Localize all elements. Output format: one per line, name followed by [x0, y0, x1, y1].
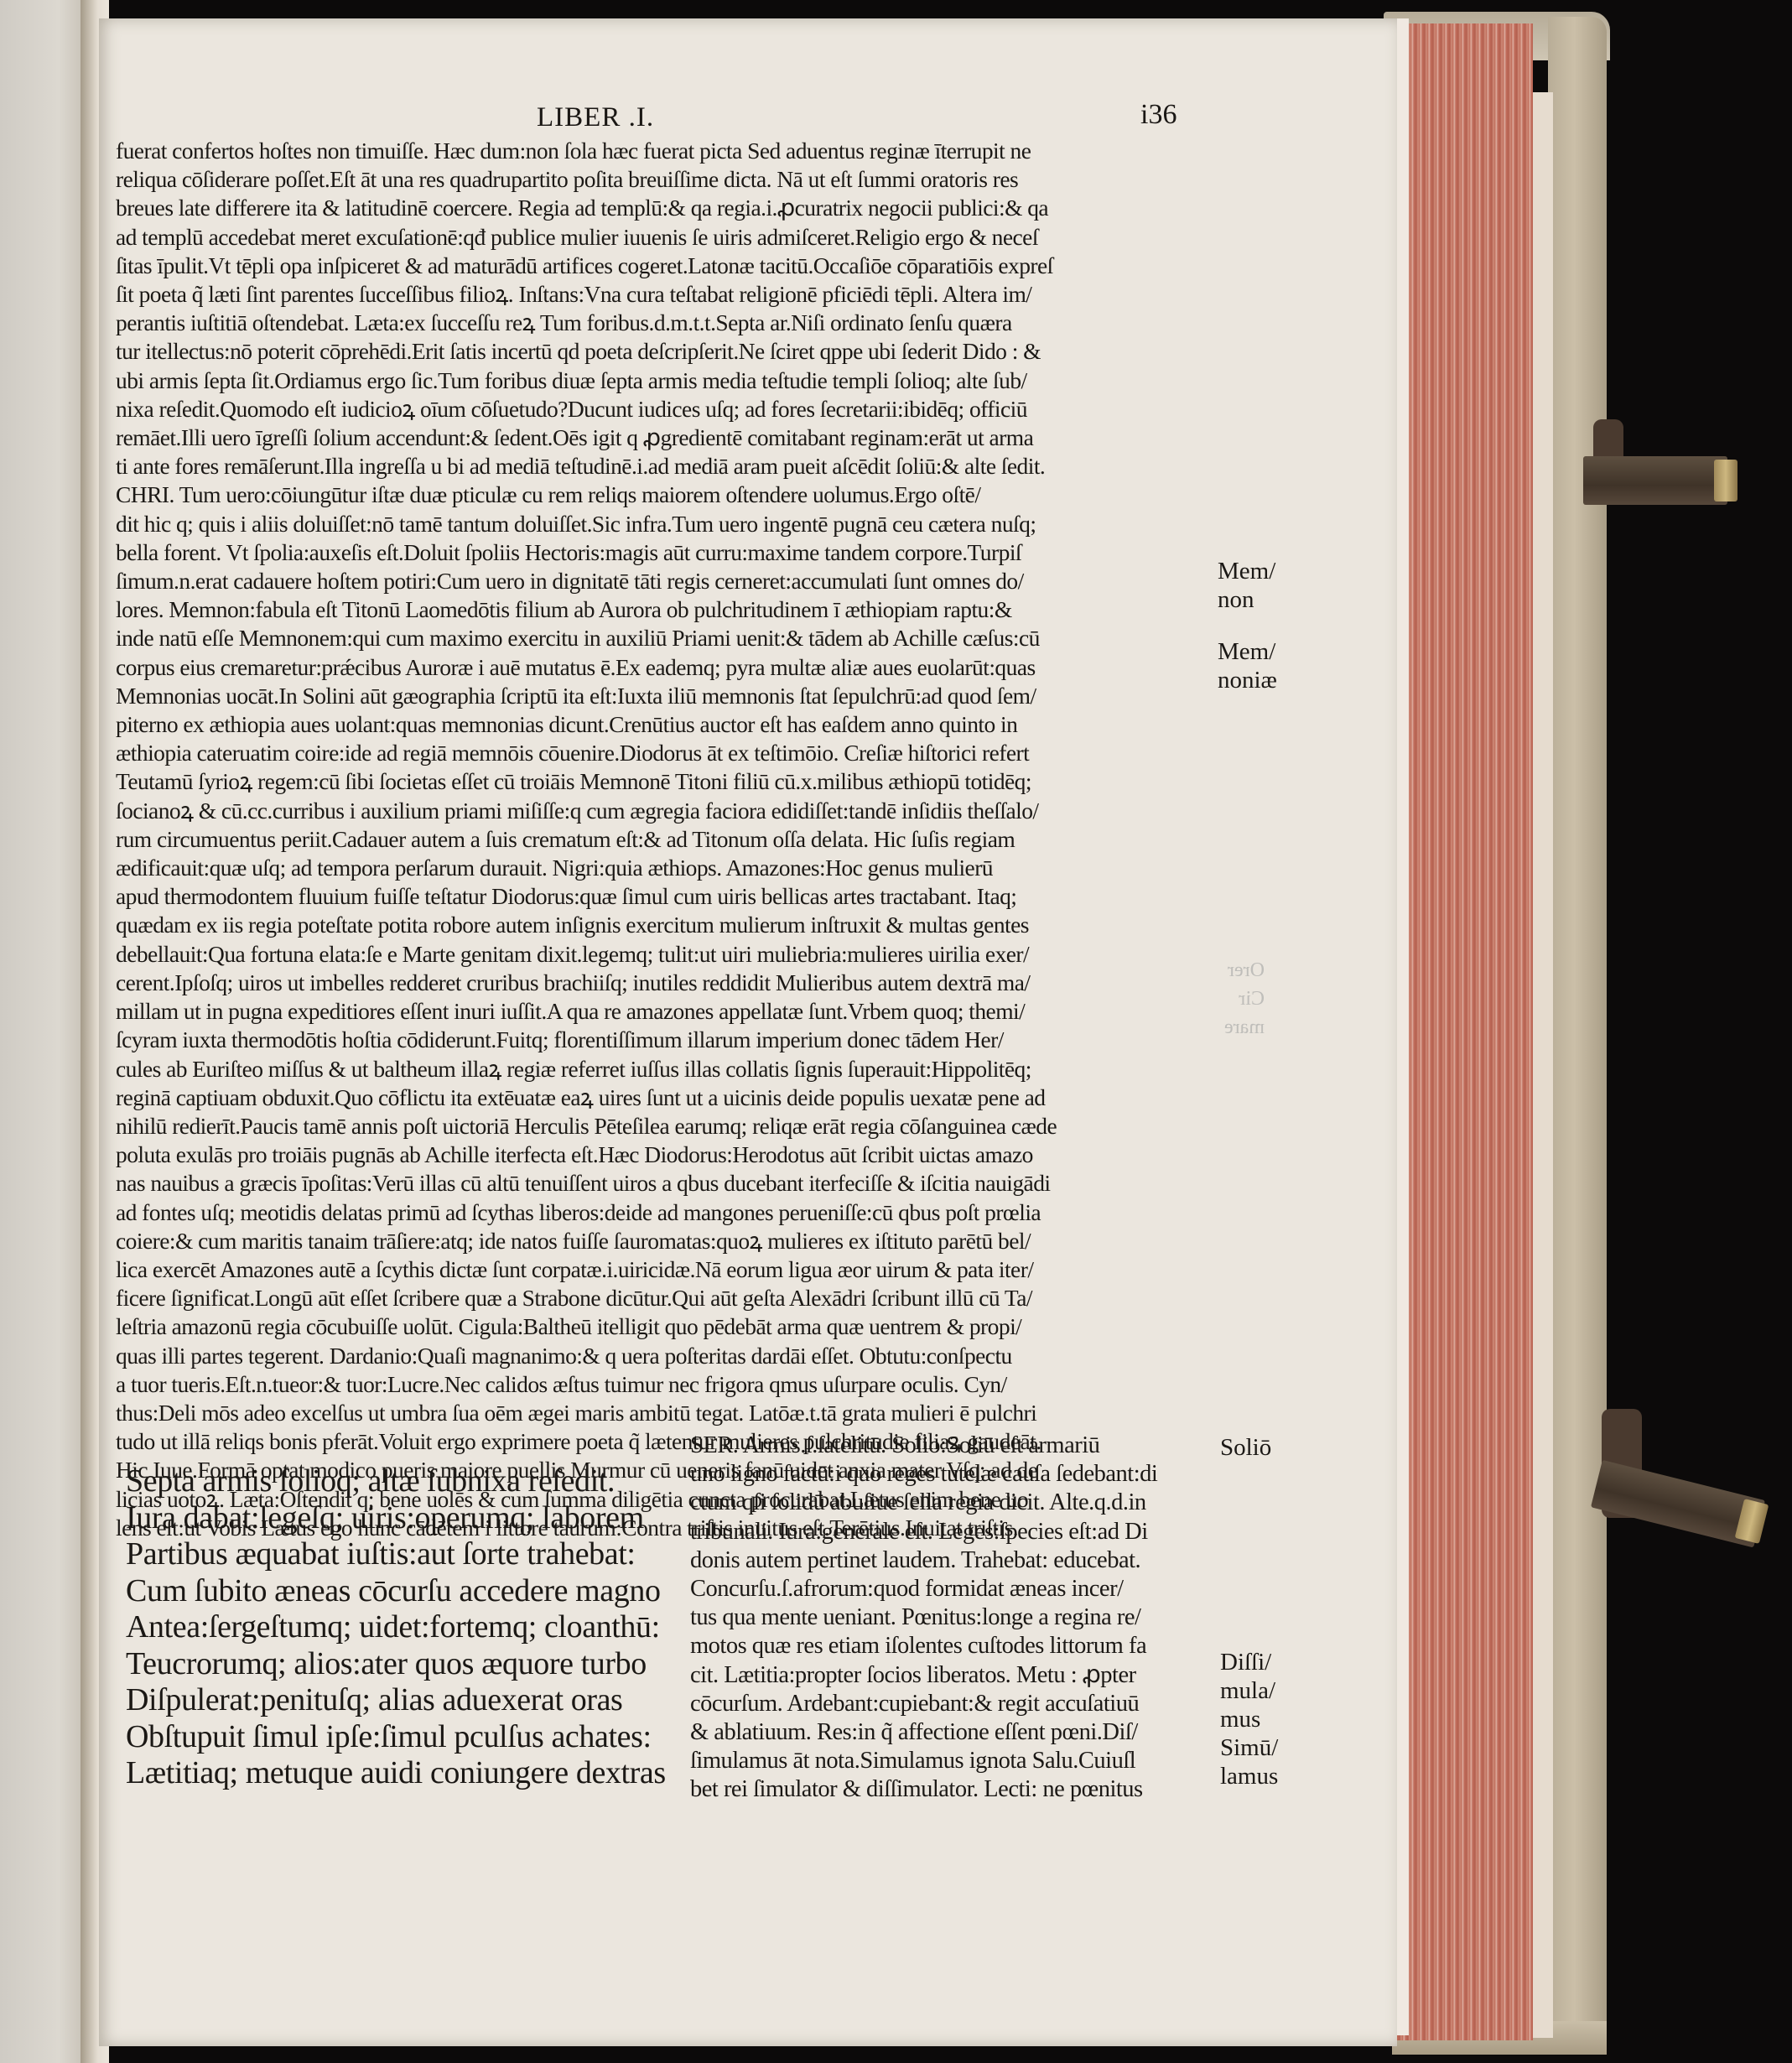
red-sprinkled-fore-edge	[1389, 23, 1533, 2040]
commentary-line: coiere:& cum maritis tanaim trāſiere:atq…	[116, 1227, 1214, 1255]
commentary-line: remāet.Illi uero īgreſſi ſolium accendun…	[116, 424, 1214, 452]
servius-line: & ablatiuum. Res:in q̃ affectione eſſent…	[690, 1718, 1218, 1747]
commentary-line: ſimum.n.erat cadauere hoſtem potiri:Cum …	[116, 567, 1214, 595]
servius-line: Concurſu.ſ.afrorum:quod formidat æneas i…	[690, 1575, 1218, 1603]
commentary-line: inde natū eſſe Memnonem:qui cum maximo e…	[116, 624, 1214, 652]
commentary-line: apud thermodontem fluuium fuiſſe teſtatu…	[116, 882, 1214, 911]
commentary-line: poluta exulās pro troiāis pugnās ab Achi…	[116, 1141, 1214, 1169]
upper-clasp-brass-tip	[1714, 460, 1737, 501]
virgil-verse-block: Septa armis ſolioq; altæ ſubnixa reſedit…	[126, 1463, 679, 1792]
facing-page-blurred-text	[0, 21, 84, 428]
commentary-line: ubi armis ſepta ſit.Ordiamus ergo ſic.Tu…	[116, 366, 1214, 395]
commentary-line: corpus eius cremaretur:prǽcibus Auroræ i…	[116, 653, 1214, 682]
commentary-line: ſcyram iuxta thermodōtis hoſtia cōdideru…	[116, 1026, 1214, 1054]
servius-line: SER. Armis.ſ.ſatelitū. Solio:Soliū eſt a…	[690, 1432, 1218, 1460]
commentary-line: bella forent. Vt ſpolia:auxeſis eſt.Dolu…	[116, 538, 1214, 567]
commentary-line: nihilū redierīt.Paucis tamē annis poſt u…	[116, 1112, 1214, 1141]
verse-line: Teucrorumq; alios:ater quos æquore turbo	[126, 1646, 679, 1683]
marginal-note-dissimulamus: Diſſi/ mula/ mus Simū/ lamus	[1220, 1648, 1278, 1790]
commentary-line: ficere ſignificat.Longū aūt eſſet ſcribe…	[116, 1284, 1214, 1312]
verse-line: Diſpulerat:penituſq; alias aduexerat ora…	[126, 1682, 679, 1719]
page-block-edge	[1533, 92, 1553, 2038]
commentary-line: ſocianoꝝ & cū.cc.curribus i auxilium pri…	[116, 797, 1214, 825]
verse-line: Partibus æquabat iuſtis:aut ſorte traheb…	[126, 1536, 679, 1573]
commentary-line: lores. Memnon:fabula eſt Titonū Laomedōt…	[116, 595, 1214, 624]
verse-line: Cum ſubito æneas cōcurſu accedere magno	[126, 1573, 679, 1610]
vellum-cover-spine-edge	[1548, 17, 1607, 2050]
commentary-block: fuerat confertos hoſtes non timuiſſe. Hæ…	[116, 137, 1214, 1542]
commentary-line: Memnonias uocāt.In Solini aūt gæographia…	[116, 682, 1214, 710]
servius-line: ctum qſi ſolidū abuſiue ſella regia dici…	[690, 1489, 1218, 1517]
servius-commentary-block: SER. Armis.ſ.ſatelitū. Solio:Soliū eſt a…	[690, 1432, 1218, 1805]
servius-line: bet rei ſimulator & diſſimulator. Lecti:…	[690, 1775, 1218, 1804]
commentary-line: reginā captiuam obduxit.Quo cōflictu ita…	[116, 1083, 1214, 1112]
verse-line: Obſtupuit ſimul ipſe:ſimul pculſus achat…	[126, 1719, 679, 1756]
commentary-line: lica exercēt Amazones autē a ſcythis dic…	[116, 1255, 1214, 1284]
commentary-line: quædam ex iis regia poteſtate potita rob…	[116, 911, 1214, 939]
marginal-note-memnon: Mem/ non	[1218, 557, 1275, 614]
commentary-line: ti ante fores remāſerunt.Illa ingreſſa u…	[116, 452, 1214, 481]
commentary-line: ædificauit:quæ uſq; ad tempora perſarum …	[116, 854, 1214, 882]
servius-line: tribunali. Iura:generale eſt. Leges:ſpec…	[690, 1518, 1218, 1546]
commentary-line: quas illi partes tegerent. Dardanio:Quaſ…	[116, 1342, 1214, 1370]
commentary-line: millam ut in pugna expeditiores eſſent i…	[116, 997, 1214, 1026]
commentary-line: ad templū accedebat meret excuſationē:qđ…	[116, 223, 1214, 252]
verse-line: Antea:ſergeſtumq; uidet:fortemq; cloanth…	[126, 1609, 679, 1646]
marginal-note-memnoniae: Mem/ noniæ	[1218, 637, 1277, 694]
verse-line: Lætitiaq; metuque auidi coniungere dextr…	[126, 1755, 679, 1792]
verse-line: Septa armis ſolioq; altæ ſubnixa reſedit…	[126, 1463, 679, 1500]
servius-line: uno ligno factū:i quo reges tutelæ cauſa…	[690, 1460, 1218, 1489]
facing-page-curl	[0, 0, 84, 2063]
servius-line: motos quæ res etiam iſolentes cuſtodes l…	[690, 1632, 1218, 1660]
commentary-line: cules ab Euriſteo miſſus & ut baltheum i…	[116, 1055, 1214, 1083]
commentary-line: Teutamū ſyrioꝝ regem:cū ſibi ſocietas eſ…	[116, 767, 1214, 796]
commentary-line: leſtria amazonū regia cōcubuiſſe uolūt. …	[116, 1312, 1214, 1341]
servius-line: cōcurſum. Ardebant:cupiebant:& regit acc…	[690, 1690, 1218, 1718]
commentary-line: nixa reſedit.Quomodo eſt iudicioꝝ oīum c…	[116, 395, 1214, 424]
commentary-line: CHRI. Tum uero:cōiungūtur iſtæ duæ pticu…	[116, 481, 1214, 509]
servius-line: tus qua mente ueniant. Pœnitus:longe a r…	[690, 1603, 1218, 1632]
commentary-line: æthiopia cateruatim coire:ide ad regiā m…	[116, 739, 1214, 767]
commentary-line: reliqua cōſiderare poſſet.Eſt āt una res…	[116, 165, 1214, 194]
commentary-line: ſitas īpulit.Vt tēpli opa inſpiceret & a…	[116, 252, 1214, 280]
commentary-line: debellauit:Qua fortuna elata:ſe e Marte …	[116, 940, 1214, 969]
commentary-line: thus:Deli mōs adeo excelſus ut umbra ſua…	[116, 1399, 1214, 1427]
commentary-line: fuerat confertos hoſtes non timuiſſe. Hæ…	[116, 137, 1214, 165]
commentary-line: tur itellectus:nō poterit cōprehēdi.Erit…	[116, 337, 1214, 366]
commentary-line: perantis iuſtitiā oſtendebat. Læta:ex ſu…	[116, 309, 1214, 337]
commentary-line: dit hic q; quis i aliis doluiſſet:nō tam…	[116, 510, 1214, 538]
commentary-line: cerent.Ipſoſq; uiros ut imbelles reddere…	[116, 969, 1214, 997]
commentary-line: breues late differere ita & latitudinē c…	[116, 194, 1214, 222]
upper-clasp-strap[interactable]	[1583, 456, 1727, 505]
marginal-note-solio: Soliō	[1220, 1433, 1271, 1462]
folio-number: i36	[1140, 99, 1176, 131]
servius-line: donis autem pertinet laudem. Trahebat: e…	[690, 1546, 1218, 1575]
commentary-line: ſit poeta q̃ læti ſint parentes ſucceſſi…	[116, 280, 1214, 309]
verse-line: Iura dabat:legeſq; uiris:operumq; labore…	[126, 1500, 679, 1537]
commentary-line: a tuor tueris.Eſt.n.tueor:& tuor:Lucre.N…	[116, 1370, 1214, 1399]
servius-line: cit. Lætitia:propter ſocios liberatos. M…	[690, 1661, 1218, 1690]
commentary-line: rum circumuentus periit.Cadauer autem a …	[116, 825, 1214, 854]
servius-line: ſimulamus āt nota.Simulamus ignota Salu.…	[690, 1747, 1218, 1775]
commentary-line: piterno ex æthiopia aues uolant:quas mem…	[116, 710, 1214, 739]
commentary-line: nas nauibus a græcis īpoſitas:Verū illas…	[116, 1169, 1214, 1198]
commentary-line: ad fontes uſq; meotidis delatas primū ad…	[116, 1198, 1214, 1227]
show-through-text: Orer Cir mare	[1224, 956, 1265, 1042]
running-head: LIBER .I.	[537, 102, 654, 133]
